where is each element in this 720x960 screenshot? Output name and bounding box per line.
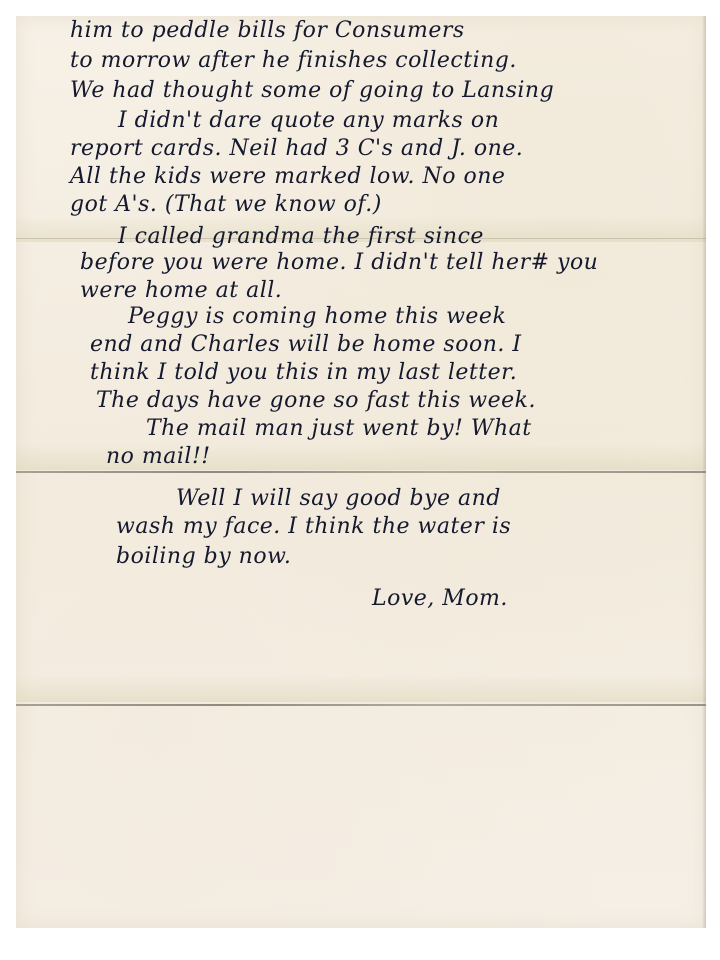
letter-line: Peggy is coming home this week xyxy=(128,306,506,328)
letter-line: I didn't dare quote any marks on xyxy=(118,110,499,132)
letter-line: no mail!! xyxy=(106,446,211,468)
letter-closing-signature: Love, Mom. xyxy=(372,588,508,610)
fold-line-lower xyxy=(16,704,706,706)
letter-line: We had thought some of going to Lansing xyxy=(70,80,554,102)
letter-line: The mail man just went by! What xyxy=(146,418,532,440)
letter-line: him to peddle bills for Consumers xyxy=(70,20,465,42)
letter-line: The days have gone so fast this week. xyxy=(96,390,536,412)
letter-line: think I told you this in my last letter. xyxy=(90,362,517,384)
letter-line: I called grandma the first since xyxy=(118,226,484,248)
letter-line: before you were home. I didn't tell her#… xyxy=(80,252,598,274)
letter-line: boiling by now. xyxy=(116,546,291,568)
letter-line: got A's. (That we know of.) xyxy=(70,194,382,216)
letter-line: end and Charles will be home soon. I xyxy=(90,334,522,356)
letter-line: report cards. Neil had 3 C's and J. one. xyxy=(70,138,523,160)
letter-line: All the kids were marked low. No one xyxy=(70,166,505,188)
fold-shading-lower xyxy=(16,676,706,702)
paper-edge xyxy=(702,16,706,928)
letter-line: wash my face. I think the water is xyxy=(116,516,511,538)
fold-line-middle xyxy=(16,471,706,473)
letter-line: Well I will say good bye and xyxy=(176,488,501,510)
letter-line: to morrow after he finishes collecting. xyxy=(70,50,517,72)
letter-line: were home at all. xyxy=(80,280,282,302)
